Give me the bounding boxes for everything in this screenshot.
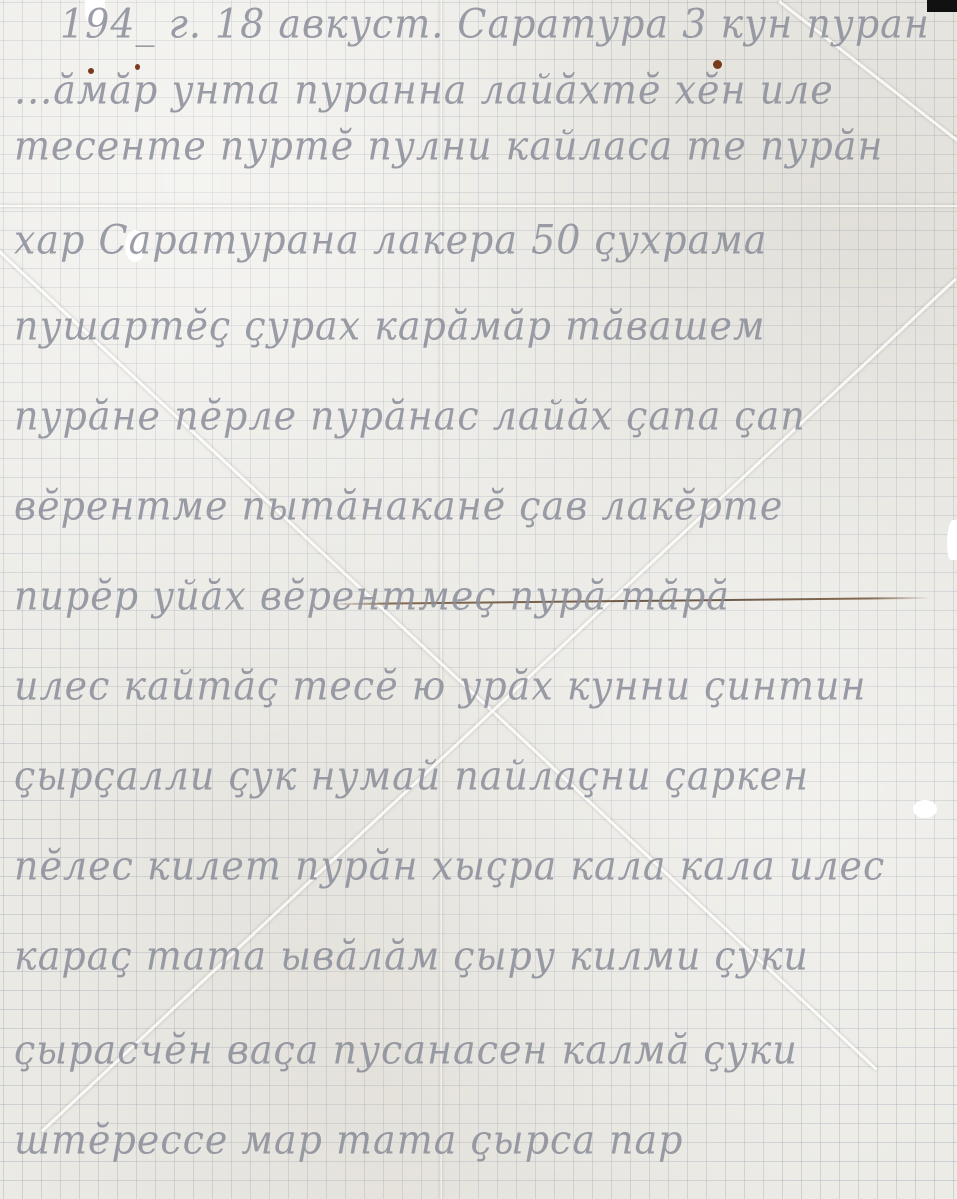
letter-line: вӗрентме пытӑнаканӗ ҫав лакӗрте	[14, 483, 783, 529]
letter-line: хар Саратурана лакера 50 ҫухрама	[14, 217, 767, 263]
letter-line: ...ӑмӑр унта пуранна лайӑхтӗ хӗн иле	[14, 67, 834, 113]
letter-line: 194_ г. 18 авкуст. Саратура 3 кун пуран	[60, 1, 930, 47]
letter-line: пӗлес килет пурӑн хыҫра кала кала илес	[14, 843, 885, 889]
letter-line: ҫырасчӗн ваҫа пусанасен калмӑ ҫуки	[14, 1027, 798, 1073]
letter-line: пурӑне пӗрле пурӑнас лайӑх ҫапа ҫап	[14, 393, 806, 439]
letter-line: пирӗр уйӑх вӗрентмеҫ пурӑ тӑрӑ	[14, 573, 730, 619]
letter-sheet: 194_ г. 18 авкуст. Саратура 3 кун пуран …	[0, 0, 957, 1199]
letter-line: тесенте пуртӗ пулни кайласа те пурӑн	[14, 123, 883, 169]
letter-line: штӗрессе мар тата ҫырса пар	[14, 1117, 684, 1163]
letter-line: караҫ тата ывӑлӑм ҫыру килми ҫуки	[14, 933, 809, 979]
letter-line: пушартӗҫ ҫурах карӑмӑр тӑвашем	[14, 303, 766, 349]
letter-line: илес кайтӑҫ тесӗ ю урӑх кунни ҫинтин	[14, 663, 867, 709]
letter-line: ҫырҫалли ҫук нумай пайлаҫни ҫаркен	[14, 753, 809, 799]
letter-body: 194_ г. 18 авкуст. Саратура 3 кун пуран …	[0, 0, 957, 1199]
